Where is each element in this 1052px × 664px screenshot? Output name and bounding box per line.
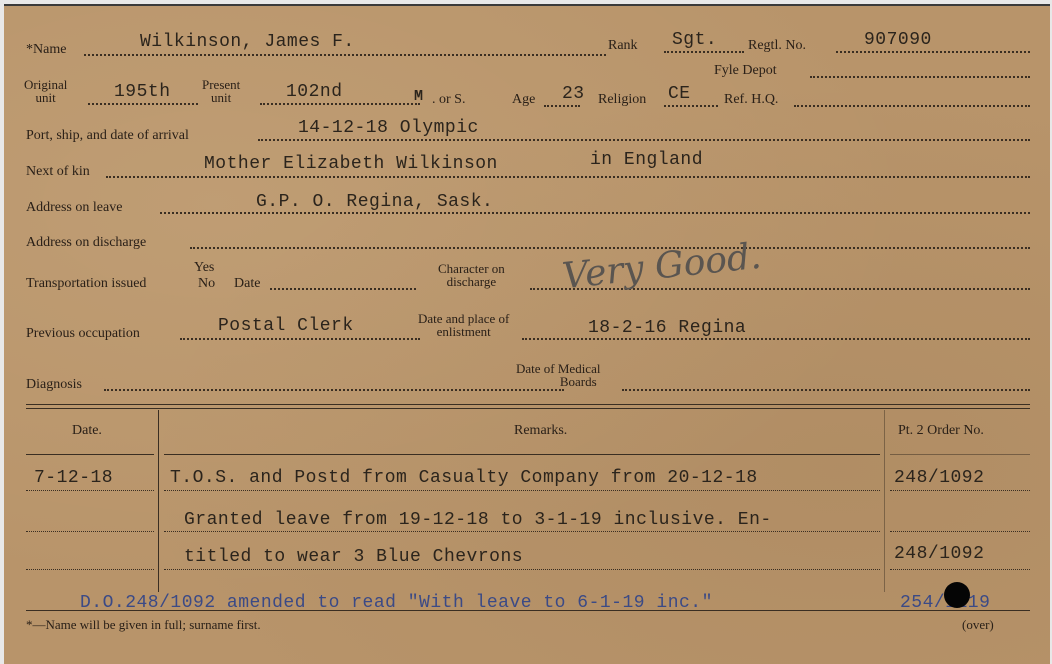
row-remarks: T.O.S. and Postd from Casualty Company f… — [170, 468, 758, 488]
diagnosis-label: Diagnosis — [26, 378, 82, 392]
row-date: 7-12-18 — [34, 468, 113, 488]
next-of-kin-dots — [106, 176, 1030, 178]
occupation-value: Postal Clerk — [218, 316, 354, 336]
next-of-kin-value: Mother Elizabeth Wilkinson — [204, 154, 498, 174]
occupation-label: Previous occupation — [26, 327, 140, 341]
rank-label: Rank — [608, 39, 638, 53]
arrival-value: 14-12-18 Olympic — [298, 118, 479, 138]
row-dots — [890, 490, 1030, 491]
fyle-depot-label: Fyle Depot — [714, 64, 777, 78]
original-unit-label: Originalunit — [24, 78, 67, 104]
address-leave-value: G.P. O. Regina, Sask. — [256, 192, 493, 212]
row-remarks: titled to wear 3 Blue Chevrons — [184, 547, 523, 567]
row-order: 248/1092 — [894, 544, 984, 564]
regtl-no-value: 907090 — [864, 30, 932, 50]
row-dots — [164, 531, 880, 532]
ref-hq-label: Ref. H.Q. — [724, 93, 778, 107]
row-remarks: Granted leave from 19-12-18 to 3-1-19 in… — [184, 510, 772, 530]
row-dots — [890, 531, 1030, 532]
regtl-no-label: Regtl. No. — [748, 39, 806, 53]
name-label: *Name — [26, 43, 66, 57]
next-of-kin-location: in England — [590, 150, 703, 170]
occupation-dots — [180, 338, 420, 340]
medical-boards-dots — [622, 389, 1030, 391]
next-of-kin-label: Next of kin — [26, 165, 90, 179]
ref-hq-dots — [794, 105, 1030, 107]
punch-hole — [944, 582, 970, 608]
transportation-date-label: Date — [234, 277, 260, 291]
order-column-divider — [884, 410, 885, 592]
row-order: 248/1092 — [894, 468, 984, 488]
character-label: Character ondischarge — [438, 262, 505, 288]
medical-boards-label: Date of MedicalBoards — [516, 362, 600, 388]
header-order: Pt. 2 Order No. — [898, 424, 984, 438]
religion-dots — [664, 105, 718, 107]
table-top-rule-2 — [26, 408, 1030, 409]
transportation-date-dots — [270, 288, 416, 290]
religion-value: CE — [668, 84, 691, 104]
rank-value: Sgt. — [672, 30, 717, 50]
header-rule-date — [26, 454, 154, 455]
address-discharge-label: Address on discharge — [26, 236, 146, 250]
religion-label: Religion — [598, 93, 646, 107]
present-unit-dots — [260, 103, 420, 105]
arrival-dots — [258, 139, 1030, 141]
row-dots — [890, 569, 1030, 570]
date-column-divider — [158, 410, 159, 592]
arrival-label: Port, ship, and date of arrival — [26, 129, 189, 143]
present-unit-value: 102nd — [286, 82, 343, 102]
header-remarks: Remarks. — [514, 424, 567, 438]
present-unit-label: Presentunit — [202, 78, 240, 104]
table-top-rule — [26, 404, 1030, 405]
header-rule-order — [890, 454, 1030, 455]
name-value: Wilkinson, James F. — [140, 32, 355, 52]
footer-note: *—Name will be given in full; surname fi… — [26, 618, 261, 632]
enlistment-value: 18-2-16 Regina — [588, 318, 746, 338]
table-bottom-rule — [26, 610, 1030, 611]
age-value: 23 — [562, 84, 585, 104]
enlistment-dots — [522, 338, 1030, 340]
address-discharge-dots — [190, 247, 1030, 249]
address-leave-dots — [160, 212, 1030, 214]
transportation-label: Transportation issued — [26, 277, 146, 291]
row-dots — [164, 569, 880, 570]
fyle-depot-dots — [810, 76, 1030, 78]
header-rule-remarks — [164, 454, 880, 455]
header-date: Date. — [72, 424, 102, 438]
row-dots — [26, 490, 154, 491]
address-leave-label: Address on leave — [26, 201, 122, 215]
rank-dots — [664, 51, 744, 53]
transportation-yes: Yes — [194, 261, 214, 275]
original-unit-dots — [88, 103, 198, 105]
regtl-no-dots — [836, 51, 1030, 53]
marital-label: . or S. — [432, 93, 465, 107]
transportation-no: No — [198, 277, 215, 291]
name-dots — [84, 54, 606, 56]
row-dots — [26, 569, 154, 570]
age-label: Age — [512, 93, 535, 107]
row-dots — [164, 490, 880, 491]
diagnosis-dots — [104, 389, 564, 391]
over-label: (over) — [962, 618, 994, 632]
original-unit-value: 195th — [114, 82, 171, 102]
row-dots — [26, 531, 154, 532]
enlistment-label: Date and place ofenlistment — [418, 312, 509, 338]
marital-mark: M — [414, 88, 424, 105]
service-record-card: *Name Wilkinson, James F. Rank Sgt. Regt… — [4, 4, 1050, 664]
age-dots — [544, 105, 580, 107]
